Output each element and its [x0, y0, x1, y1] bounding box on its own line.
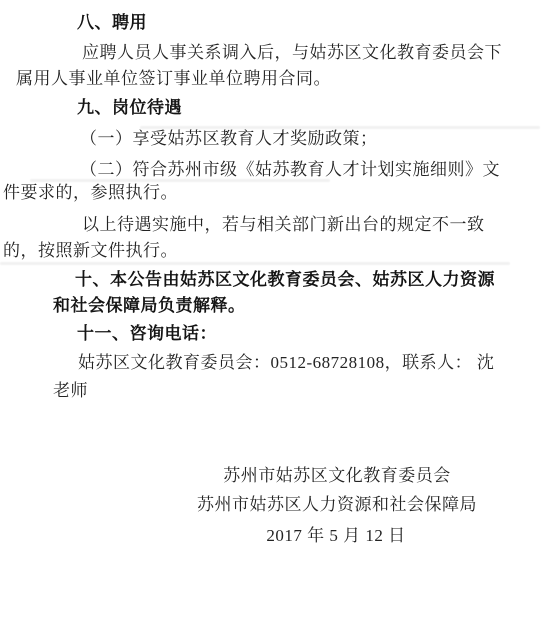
benefit-item-1: （一）享受姑苏区教育人才奖励政策； [80, 128, 378, 150]
signature-org-1: 苏州市姑苏区文化教育委员会 [223, 465, 451, 487]
benefits-note-line1: 以上待遇实施中，若与相关部门新出台的规定不一致 [82, 214, 485, 236]
signature-org-2: 苏州市姑苏区人力资源和社会保障局 [197, 494, 477, 516]
benefit-item-2-line1: （二）符合苏州市级《姑苏教育人才计划实施细则》文 [80, 159, 500, 181]
contact-info-line1: 姑苏区文化教育委员会：0512-68728108，联系人： 沈 [78, 352, 494, 374]
scan-artifact [30, 179, 330, 182]
scan-artifact [140, 126, 540, 129]
contact-info-line2: 老师 [53, 380, 88, 402]
scan-artifact [0, 262, 510, 265]
para-employment-line1: 应聘人员人事关系调入后，与姑苏区文化教育委员会下 [82, 42, 502, 64]
document-page: 八、聘用 应聘人员人事关系调入后，与姑苏区文化教育委员会下 属用人事业单位签订事… [0, 0, 553, 619]
section-heading-benefits: 九、岗位待遇 [77, 97, 182, 119]
signature-date: 2017 年 5 月 12 日 [266, 525, 405, 547]
para-employment-line2: 属用人事业单位签订事业单位聘用合同。 [16, 68, 331, 90]
section-heading-interpretation-line2: 和社会保障局负责解释。 [53, 295, 246, 317]
benefits-note-line2: 的，按照新文件执行。 [3, 240, 178, 262]
section-heading-employment: 八、聘用 [77, 12, 147, 34]
section-heading-contact: 十一、咨询电话： [77, 323, 217, 345]
section-heading-interpretation-line1: 十、本公告由姑苏区文化教育委员会、姑苏区人力资源 [75, 269, 495, 291]
benefit-item-2-line2: 件要求的，参照执行。 [3, 182, 178, 204]
